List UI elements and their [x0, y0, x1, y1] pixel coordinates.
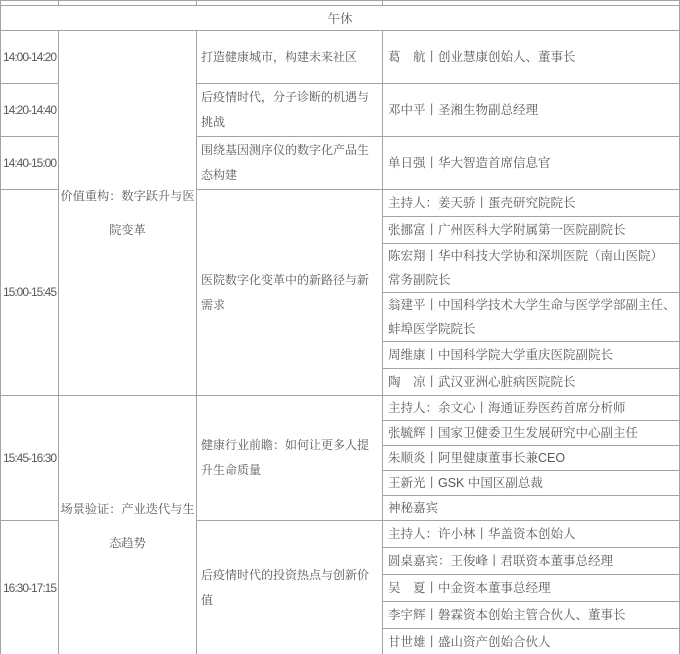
time-cell: 14:00-14:20 [1, 31, 59, 84]
speaker-cell: 陶 凉丨武汉亚洲心脏病医院院长 [383, 369, 680, 396]
speaker-cell: 周维康丨中国科学院大学重庆医院副院长 [383, 342, 680, 369]
table-row: 午休 [1, 6, 680, 31]
time-cell: 14:40-15:00 [1, 137, 59, 190]
speaker-cell: 圆桌嘉宾：王俊峰丨君联资本董事总经理 [383, 548, 680, 575]
speaker-cell: 王新光丨GSK 中国区副总裁 [383, 471, 680, 496]
topic-cell: 后疫情时代，分子诊断的机遇与挑战 [197, 84, 383, 137]
speaker-cell: 主持人：余文心丨海通证券医药首席分析师 [383, 396, 680, 421]
speaker-cell: 李宇辉丨磐霖资本创始主管合伙人、董事长 [383, 602, 680, 629]
agenda-table: 午休 14:00-14:20 价值重构：数字跃升与医院变革 打造健康城市，构建未… [0, 0, 680, 654]
table-row: 14:00-14:20 价值重构：数字跃升与医院变革 打造健康城市，构建未来社区… [1, 31, 680, 84]
topic-cell: 打造健康城市，构建未来社区 [197, 31, 383, 84]
time-cell: 15:45-16:30 [1, 396, 59, 521]
time-cell: 14:20-14:40 [1, 84, 59, 137]
lunch-break-cell: 午休 [1, 6, 680, 31]
speaker-cell: 陈宏翔丨华中科技大学协和深圳医院（南山医院） 常务副院长 [383, 244, 680, 293]
speaker-cell: 张毓辉丨国家卫健委卫生发展研究中心副主任 [383, 421, 680, 446]
speaker-cell: 张挪富丨广州医科大学附属第一医院副院长 [383, 217, 680, 244]
time-cell: 16:30-17:15 [1, 521, 59, 654]
speaker-cell: 主持人：许小林丨华盖资本创始人 [383, 521, 680, 548]
speaker-cell: 朱顺炎丨阿里健康董事长兼CEO [383, 446, 680, 471]
topic-cell: 医院数字化变革中的新路径与新需求 [197, 190, 383, 396]
time-cell: 15:00-15:45 [1, 190, 59, 396]
speaker-cell: 邓中平丨圣湘生物副总经理 [383, 84, 680, 137]
topic-cell: 后疫情时代的投资热点与创新价值 [197, 521, 383, 654]
table-row: 15:45-16:30 场景验证：产业迭代与生态趋势 健康行业前瞻：如何让更多人… [1, 396, 680, 421]
speaker-cell: 葛 航丨创业慧康创始人、董事长 [383, 31, 680, 84]
topic-cell: 健康行业前瞻：如何让更多人提升生命质量 [197, 396, 383, 521]
speaker-cell: 甘世雄丨盛山资产创始合伙人 [383, 629, 680, 654]
speaker-cell: 神秘嘉宾 [383, 496, 680, 521]
track-cell: 价值重构：数字跃升与医院变革 [59, 31, 197, 396]
topic-cell: 围绕基因测序仪的数字化产品生态构建 [197, 137, 383, 190]
speaker-cell: 单日强丨华大智造首席信息官 [383, 137, 680, 190]
speaker-cell: 主持人：姜天骄丨蛋壳研究院院长 [383, 190, 680, 217]
speaker-cell: 吴 夏丨中金资本董事总经理 [383, 575, 680, 602]
track-cell: 场景验证：产业迭代与生态趋势 [59, 396, 197, 654]
speaker-cell: 翁建平丨中国科学技术大学生命与医学学部副主任、蚌埠医学院院长 [383, 293, 680, 342]
